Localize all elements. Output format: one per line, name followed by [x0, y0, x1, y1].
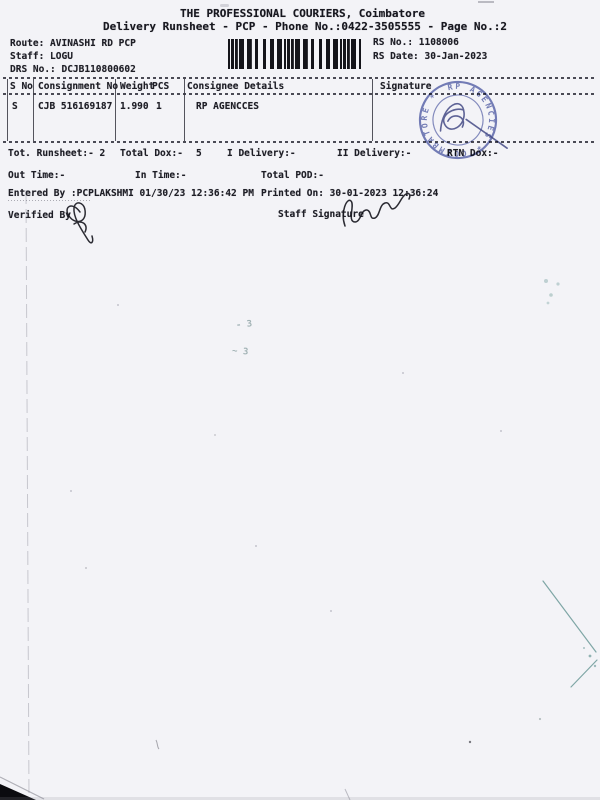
ink-speckle — [556, 282, 559, 285]
stray-mark — [478, 1, 494, 3]
bleed-through-mark: - 3 — [236, 319, 253, 331]
document-subtitle: Delivery Runsheet - PCP - Phone No.:0422… — [103, 20, 507, 33]
rs-date-field: RS Date: 30-Jan-2023 — [373, 51, 487, 62]
scan-speckle — [70, 490, 72, 492]
pen-mark-dot — [589, 655, 592, 658]
stamp-arc-text: RP AGENCIES * COIMBATORE * — [410, 72, 506, 168]
staff-field: Staff: LOGU — [10, 51, 73, 62]
stamp-graphic: RP AGENCIES * COIMBATORE * — [410, 72, 507, 170]
scan-speckle — [500, 430, 502, 432]
svg-text:RP AGENCIES * COIMBATORE *: RP AGENCIES * COIMBATORE * — [410, 72, 506, 168]
scan-speckle — [117, 304, 119, 306]
scan-artifacts-overlay — [0, 0, 600, 800]
scan-speckle — [402, 372, 404, 374]
fold-crease-line — [26, 190, 29, 800]
stray-dot — [214, 434, 216, 436]
drs-barcode — [228, 39, 361, 69]
in-time-field: In Time:- — [135, 170, 186, 181]
i-delivery-field: I Delivery:- — [227, 148, 296, 159]
scan-speckle — [330, 610, 332, 612]
document-title: THE PROFESSIONAL COURIERS, Coimbatore — [180, 7, 425, 20]
pen-mark-dot — [583, 647, 585, 649]
corner-fold-crease — [0, 777, 44, 799]
column-header-pcs: PCS — [152, 81, 169, 92]
total-dox-value: 5 — [196, 148, 202, 159]
column-header-consignment: Consignment No — [38, 81, 118, 92]
stray-dot — [539, 718, 541, 720]
stray-dot — [85, 567, 87, 569]
drs-no-field: DRS No.: DCJB110800602 — [10, 64, 136, 75]
scan-speckle — [255, 545, 257, 547]
table-rule-pcs — [184, 79, 185, 141]
table-rule-sno — [33, 79, 34, 141]
table-rule-left — [7, 79, 8, 141]
column-header-consignee: Consignee Details — [187, 81, 284, 92]
row-sno: S — [12, 101, 18, 112]
stray-dot — [469, 741, 471, 743]
out-time-field: Out Time:- — [8, 170, 65, 181]
scanned-runsheet-page: THE PROFESSIONAL COURIERS, Coimbatore De… — [0, 0, 600, 800]
row-weight: 1.990 — [120, 101, 149, 112]
staff-signature-handwriting — [338, 190, 416, 234]
rs-no-field: RS No.: 1108006 — [373, 37, 459, 48]
column-header-sno: S No — [10, 81, 33, 92]
verified-by-signature-handwriting — [60, 198, 124, 254]
consignee-stamp: RP AGENCIES * COIMBATORE * — [408, 70, 508, 170]
table-rule-consignee — [372, 79, 373, 141]
pen-mark — [543, 581, 597, 687]
ink-speckle — [549, 293, 553, 297]
bleed-through-mark: ~ 3 — [232, 346, 249, 357]
total-dox-label: Total Dox:- — [120, 148, 183, 159]
pen-mark-dot — [594, 665, 596, 667]
stray-mark — [156, 740, 159, 749]
row-consignment: CJB 516169187 — [38, 101, 112, 112]
ii-delivery-field: II Delivery:- — [337, 148, 411, 159]
entered-by-field: Entered By :PCPLAKSHMI 01/30/23 12:36:42… — [8, 188, 254, 199]
column-header-weight: Weight — [120, 81, 154, 92]
tot-runsheet-field: Tot. Runsheet:- 2 — [8, 148, 105, 159]
ink-speckle — [544, 279, 548, 283]
route-field: Route: AVINASHI RD PCP — [10, 38, 136, 49]
row-consignee: RP AGENCCES — [196, 101, 259, 112]
total-pod-field: Total POD:- — [261, 170, 324, 181]
row-pcs: 1 — [156, 101, 162, 112]
ink-speckle — [547, 302, 550, 305]
